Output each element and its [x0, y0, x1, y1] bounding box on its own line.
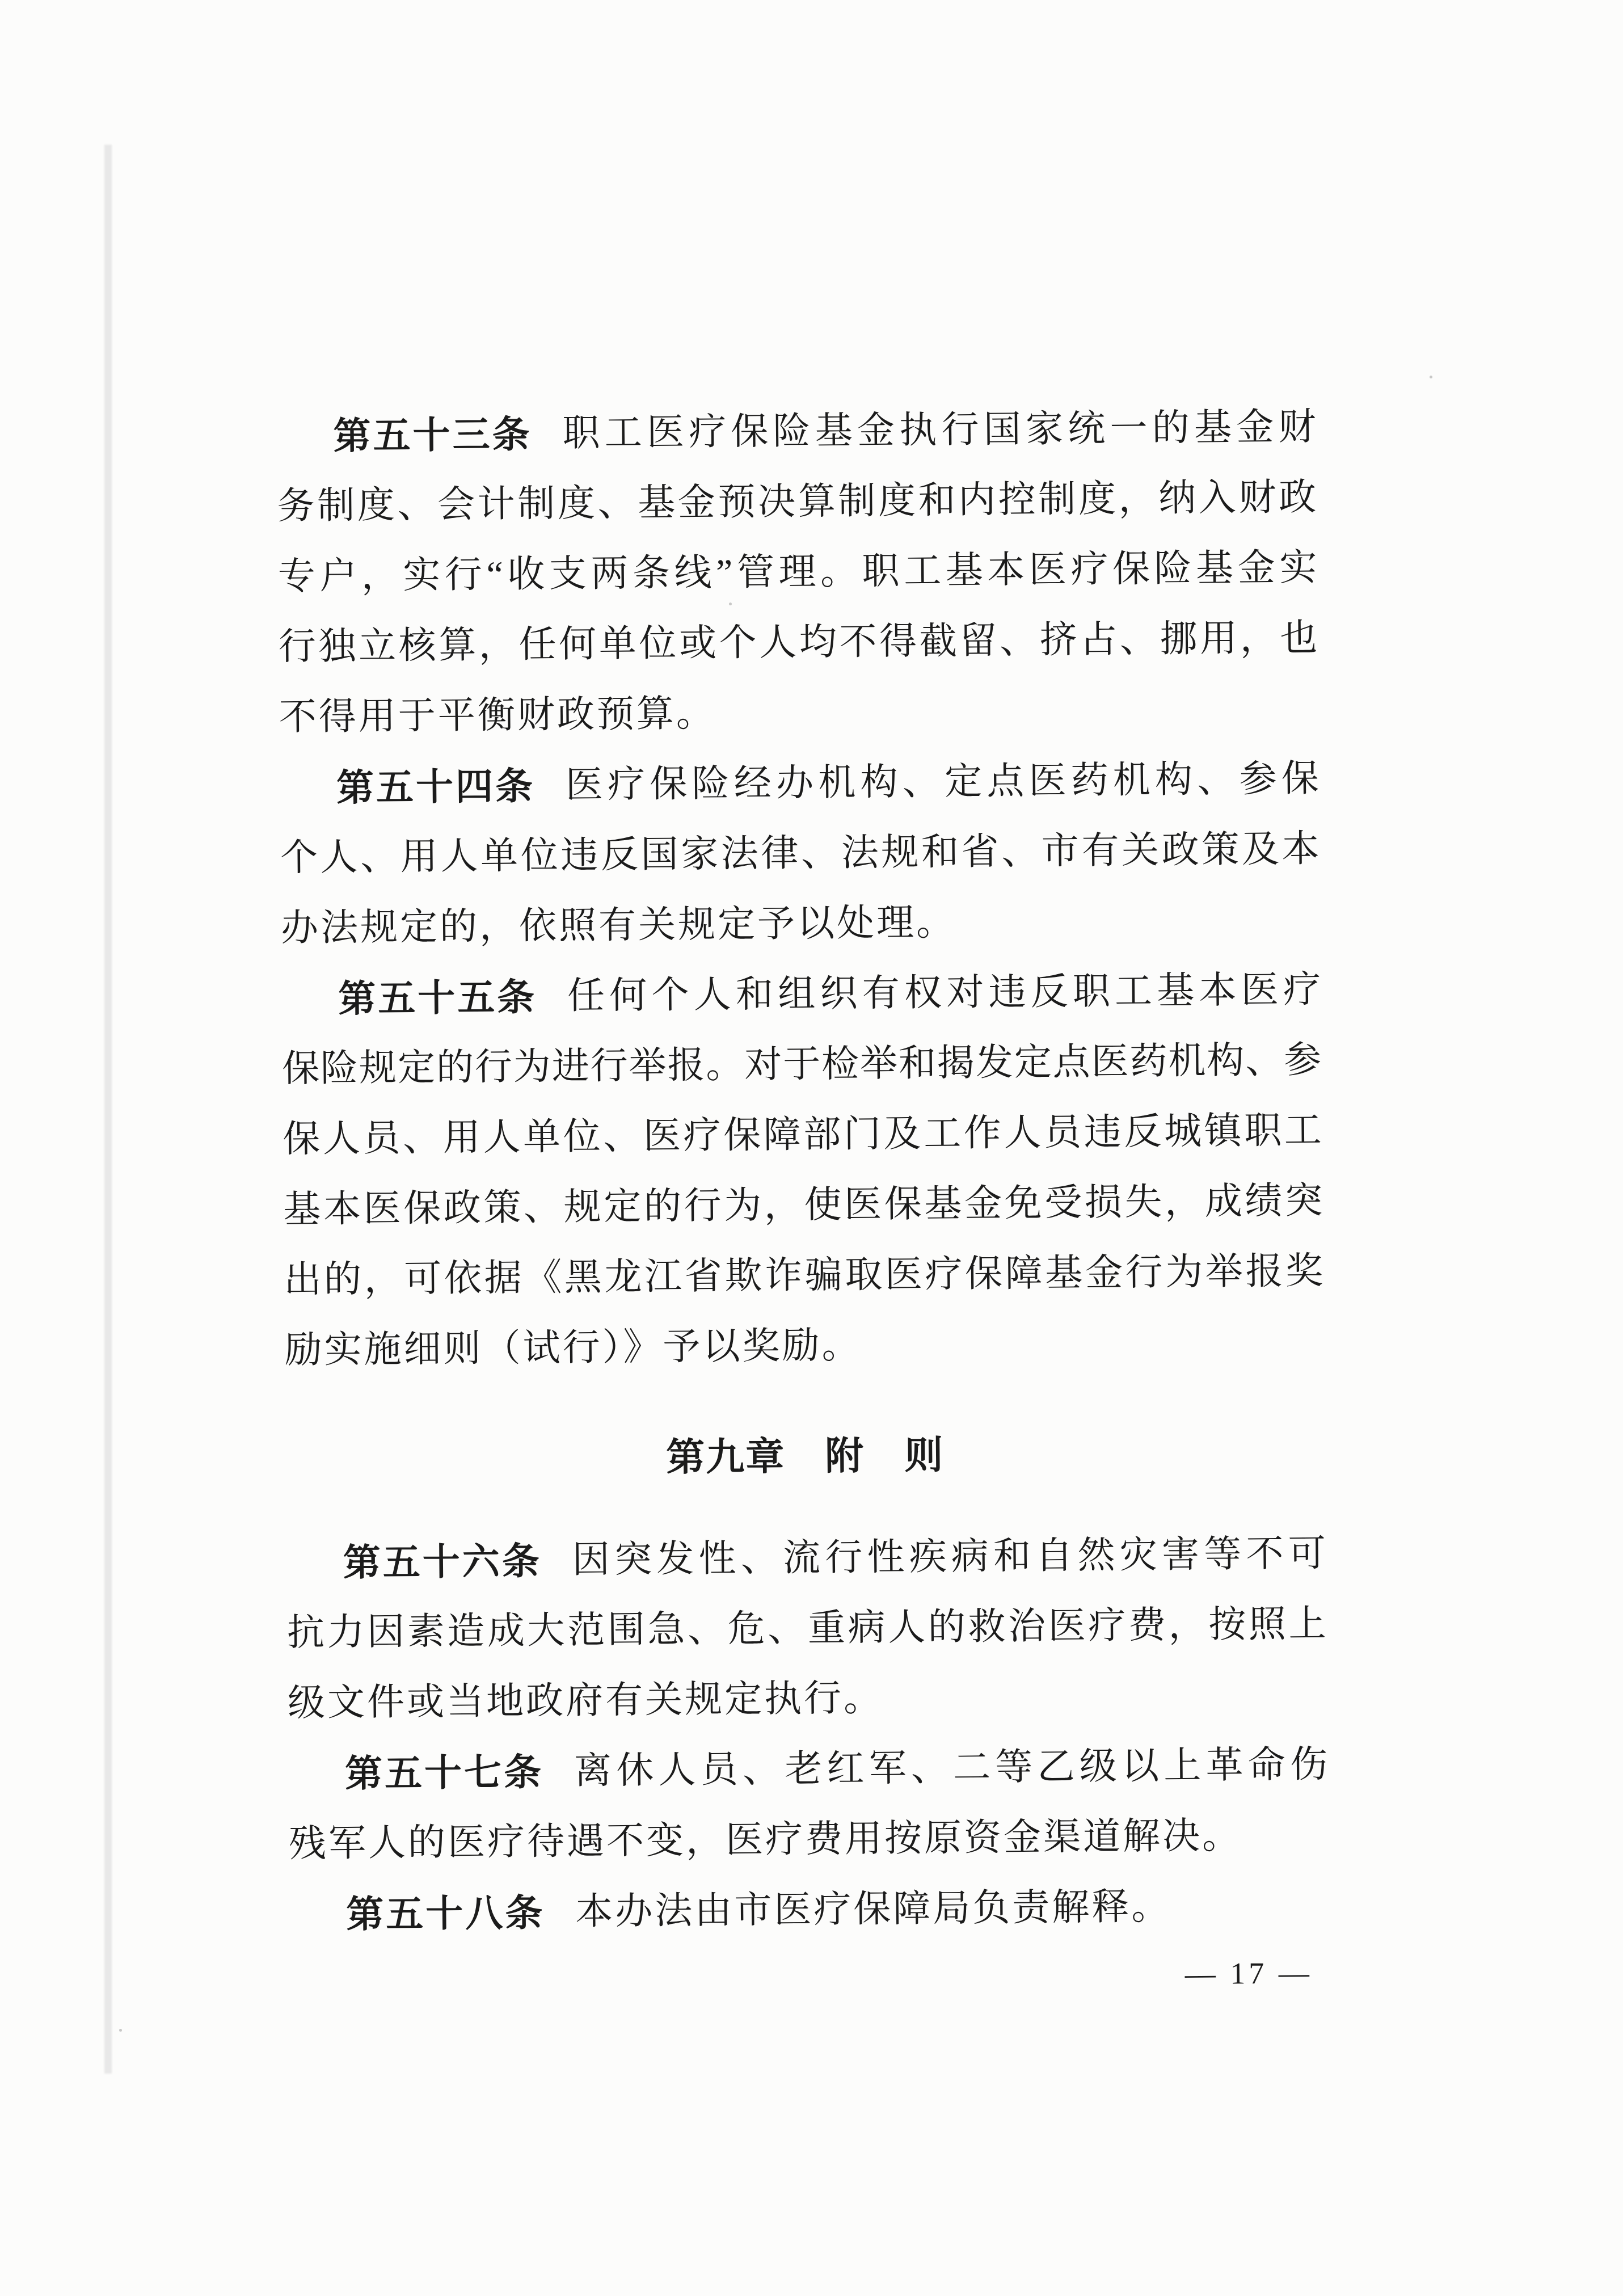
article-line: 离休人员、老红军、二等乙级以上革命伤: [574, 1730, 1328, 1807]
article-line: 出的，可依据《黑龙江省欺诈骗取医疗保障基金行为举报奖: [284, 1236, 1323, 1316]
article-line: 保人员、用人单位、医疗保障部门及工作人员违反城镇职工: [283, 1096, 1322, 1175]
article-paragraph: 第五十五条 任何个人和组织有权对违反职工基本医疗 保险规定的行为进行举报。对于检…: [281, 955, 1324, 1386]
article-line: 办法规定的，依照有关规定予以处理。: [281, 884, 1321, 964]
article-line: 残军人的医疗待遇不变，医疗费用按原资金渠道解决。: [289, 1800, 1329, 1880]
article-line: 因突发性、流行性疾病和自然灾害等不可: [572, 1519, 1326, 1596]
scan-speck: [1430, 376, 1432, 378]
article-number: 第五十三条: [333, 399, 532, 471]
article-number: 第五十四条: [336, 751, 535, 823]
article-line: 保险规定的行为进行举报。对于检举和揭发定点医药机构、参: [282, 1025, 1322, 1105]
article-first-line: 第五十四条 医疗保险经办机构、定点医药机构、参保: [279, 744, 1319, 823]
article-paragraph: 第五十七条 离休人员、老红军、二等乙级以上革命伤 残军人的医疗待遇不变，医疗费用…: [288, 1730, 1329, 1880]
article-paragraph: 第五十三条 职工医疗保险基金执行国家统一的基金财 务制度、会计制度、基金预决算制…: [276, 392, 1318, 753]
article-number: 第五十五条: [338, 962, 537, 1034]
article-first-line: 第五十七条 离休人员、老红军、二等乙级以上革命伤: [288, 1730, 1328, 1809]
document-content: 第五十三条 职工医疗保险基金执行国家统一的基金财 务制度、会计制度、基金预决算制…: [276, 392, 1330, 2097]
article-line: 行独立核算，任何单位或个人均不得截留、挤占、挪用，也: [278, 603, 1318, 683]
scan-speck: [119, 2029, 122, 2032]
article-paragraph: 第五十六条 因突发性、流行性疾病和自然灾害等不可 抗力因素造成大范围急、危、重病…: [286, 1519, 1327, 1739]
article-paragraph: 第五十四条 医疗保险经办机构、定点医药机构、参保 个人、用人单位违反国家法律、法…: [279, 744, 1320, 964]
article-number: 第五十六条: [343, 1526, 542, 1598]
scanned-document-page: { "page": { "number_display": "— 17 —", …: [0, 0, 1623, 2296]
article-first-line: 第五十六条 因突发性、流行性疾病和自然灾害等不可: [286, 1519, 1326, 1598]
article-line: 抗力因素造成大范围急、危、重病人的救治医疗费，按照上: [286, 1589, 1326, 1669]
article-first-line: 第五十三条 职工医疗保险基金执行国家统一的基金财: [276, 392, 1316, 471]
article-line: 励实施细则（试行）》予以奖励。: [284, 1307, 1324, 1386]
chapter-heading: 第九章 附 则: [285, 1417, 1325, 1496]
article-line: 个人、用人单位违反国家法律、法规和省、市有关政策及本: [280, 814, 1320, 894]
article-line: 专户，实行“收支两条线”管理。职工基本医疗保险基金实: [277, 533, 1317, 612]
scan-artifact-band: [104, 145, 112, 2074]
article-number: 第五十八条: [346, 1877, 545, 1949]
article-paragraph: 第五十八条 本办法由市医疗保障局负责解释。: [289, 1870, 1329, 1950]
article-line: 本办法由市医疗保障局负责解释。: [575, 1872, 1171, 1947]
article-number: 第五十七条: [345, 1737, 544, 1809]
page-number: — 17 —: [1178, 1956, 1320, 1991]
article-line: 医疗保险经办机构、定点医药机构、参保: [565, 744, 1319, 821]
article-line: 务制度、会计制度、基金预决算制度和内控制度，纳入财政: [277, 462, 1317, 542]
article-line: 职工医疗保险基金执行国家统一的基金财: [562, 392, 1316, 469]
article-line: 任何个人和组织有权对违反职工基本医疗: [567, 955, 1321, 1032]
article-line: 基本医保政策、规定的行为，使医保基金免受损失，成绩突: [283, 1166, 1323, 1245]
article-first-line: 第五十五条 任何个人和组织有权对违反职工基本医疗: [281, 955, 1321, 1034]
article-first-line: 第五十八条 本办法由市医疗保障局负责解释。: [289, 1870, 1329, 1950]
article-line: 不得用于平衡财政预算。: [279, 673, 1318, 753]
article-line: 级文件或当地政府有关规定执行。: [287, 1659, 1327, 1739]
